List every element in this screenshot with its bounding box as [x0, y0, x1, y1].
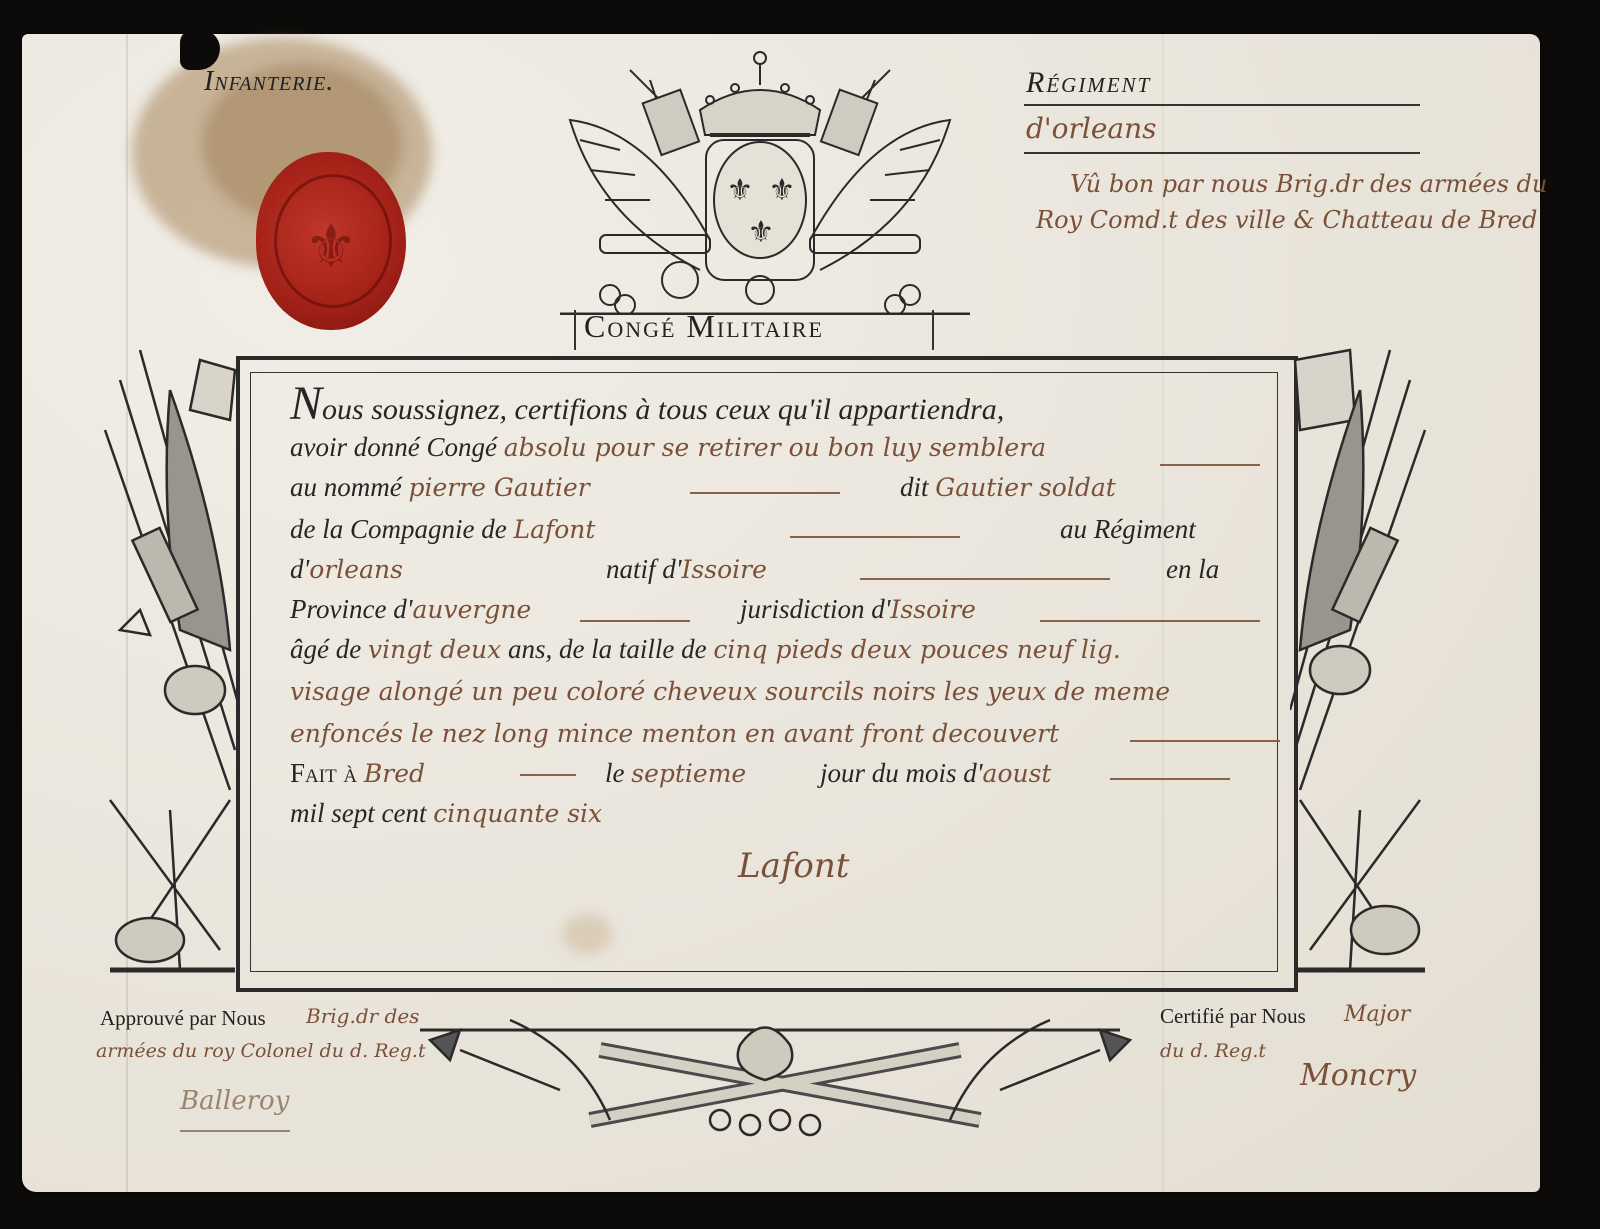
body-line-10c: jour du mois d'aoust: [820, 758, 1051, 789]
handwritten-day: septieme: [631, 759, 746, 788]
footer-right-hand-1: Major: [1344, 1002, 1410, 1027]
handwritten-jurisdiction: Issoire: [891, 595, 976, 624]
printed-text: natif d': [606, 554, 682, 584]
svg-text:⚜: ⚜: [304, 212, 358, 282]
printed-text: avoir donné Congé: [290, 432, 497, 462]
right-military-trophy-icon: [1290, 330, 1430, 990]
printed-text: âgé de: [290, 634, 361, 664]
fill-rule: [580, 620, 690, 622]
signature-rule: [180, 1130, 290, 1132]
endorsement-line-2: Roy Comd.t des ville & Chatteau de Bred: [1036, 206, 1537, 234]
signature-moncry: Moncry: [1300, 1058, 1416, 1093]
fill-rule: [690, 492, 840, 494]
footer-approuve-label: Approuvé par Nous: [100, 1006, 266, 1031]
body-line-5: d'orleans: [290, 554, 403, 585]
body-line-2: avoir donné Congé absolu pour se retirer…: [290, 432, 1046, 463]
left-military-trophy-icon: [100, 330, 240, 990]
handwritten-month: aoust: [983, 759, 1052, 788]
printed-text: le: [605, 758, 625, 788]
document-title: Congé Militaire: [584, 308, 824, 345]
signature-lafont: Lafont: [738, 846, 849, 886]
body-line-10: Fait à Bred: [290, 758, 425, 789]
body-line-6: Province d'auvergne: [290, 594, 531, 625]
handwritten-place: Bred: [364, 759, 425, 788]
handwritten-description: enfoncés le nez long mince menton en ava…: [290, 719, 1059, 748]
fill-rule: [520, 774, 576, 776]
handwritten-age: vingt deux: [368, 635, 501, 664]
wax-seal: ⚜: [256, 152, 406, 330]
bottom-military-trophy-icon: [420, 990, 1140, 1140]
footer-left-hand-2: armées du roy Colonel du d. Reg.t: [96, 1040, 426, 1062]
fleur-de-lis-icon: ⚜: [256, 152, 406, 330]
printed-text: jour du mois d': [820, 758, 983, 788]
body-line-10b: le septieme: [605, 758, 746, 789]
header-regiment-label: Régiment: [1026, 66, 1151, 100]
header-rule: [1024, 104, 1420, 106]
svg-text:⚜: ⚜: [769, 173, 796, 208]
footer-right-hand-2: du d. Reg.t: [1160, 1040, 1266, 1062]
body-line-6b: jurisdiction d'Issoire: [740, 594, 976, 625]
body-line-8: visage alongé un peu coloré cheveux sour…: [290, 676, 1170, 707]
fill-rule: [1040, 620, 1260, 622]
handwritten-province: auvergne: [412, 595, 531, 624]
endorsement-line-1: Vû bon par nous Brig.dr des armées du: [1070, 170, 1547, 198]
body-line-5b: natif d'Issoire: [606, 554, 767, 585]
printed-text: d': [290, 554, 309, 584]
handwritten-description: visage alongé un peu coloré cheveux sour…: [290, 677, 1170, 706]
handwritten-company: Lafont: [513, 515, 595, 544]
body-line-9: enfoncés le nez long mince menton en ava…: [290, 718, 1059, 749]
fill-rule: [860, 578, 1110, 580]
handwritten-height: cinq pieds deux pouces neuf lig.: [713, 635, 1120, 664]
handwritten-year: cinquante six: [433, 799, 602, 828]
fill-rule: [1130, 740, 1280, 742]
printed-au-regiment: au Régiment: [1060, 514, 1196, 545]
svg-text:⚜: ⚜: [748, 215, 775, 250]
body-line-4: de la Compagnie de Lafont: [290, 514, 595, 545]
body-line-7: âgé de vingt deux ans, de la taille de c…: [290, 634, 1121, 665]
handwritten-regiment: orleans: [309, 555, 403, 584]
header-infanterie: Infanterie.: [204, 66, 334, 98]
body-line-3b: dit Gautier soldat: [900, 472, 1116, 503]
drop-cap: N: [290, 377, 322, 430]
signature-balleroy: Balleroy: [180, 1086, 289, 1116]
handwritten-discharge-type: absolu pour se retirer ou bon luy semble…: [504, 433, 1046, 462]
header-regiment-value: d'orleans: [1026, 112, 1156, 145]
svg-text:⚜: ⚜: [727, 173, 754, 208]
printed-text: au nommé: [290, 472, 402, 502]
fill-rule: [1160, 464, 1260, 466]
handwritten-nickname: Gautier soldat: [935, 473, 1116, 502]
printed-text: de la Compagnie de: [290, 514, 507, 544]
body-line-11: mil sept cent cinquante six: [290, 798, 602, 829]
printed-text: ans, de la taille de: [508, 634, 707, 664]
handwritten-birthplace: Issoire: [682, 555, 767, 584]
fill-rule: [1110, 778, 1230, 780]
body-line-1: Nous soussignez, certifions à tous ceux …: [290, 376, 1004, 431]
body-line-3: au nommé pierre Gautier: [290, 472, 590, 503]
printed-en-la: en la: [1166, 554, 1219, 585]
printed-text: mil sept cent: [290, 798, 426, 828]
footer-left-hand-1: Brig.dr des: [306, 1004, 419, 1028]
printed-text: Province d': [290, 594, 412, 624]
footer-certifie-label: Certifié par Nous: [1160, 1004, 1306, 1029]
printed-text: dit: [900, 472, 929, 502]
printed-fait-a: Fait à: [290, 758, 357, 788]
printed-text: jurisdiction d': [740, 594, 891, 624]
royal-coat-of-arms-icon: ⚜⚜⚜: [560, 40, 970, 315]
body-line-1-text: ous soussignez, certifions à tous ceux q…: [322, 393, 1004, 426]
header-rule: [1024, 152, 1420, 154]
fill-rule: [790, 536, 960, 538]
handwritten-soldier-name: pierre Gautier: [408, 473, 589, 502]
